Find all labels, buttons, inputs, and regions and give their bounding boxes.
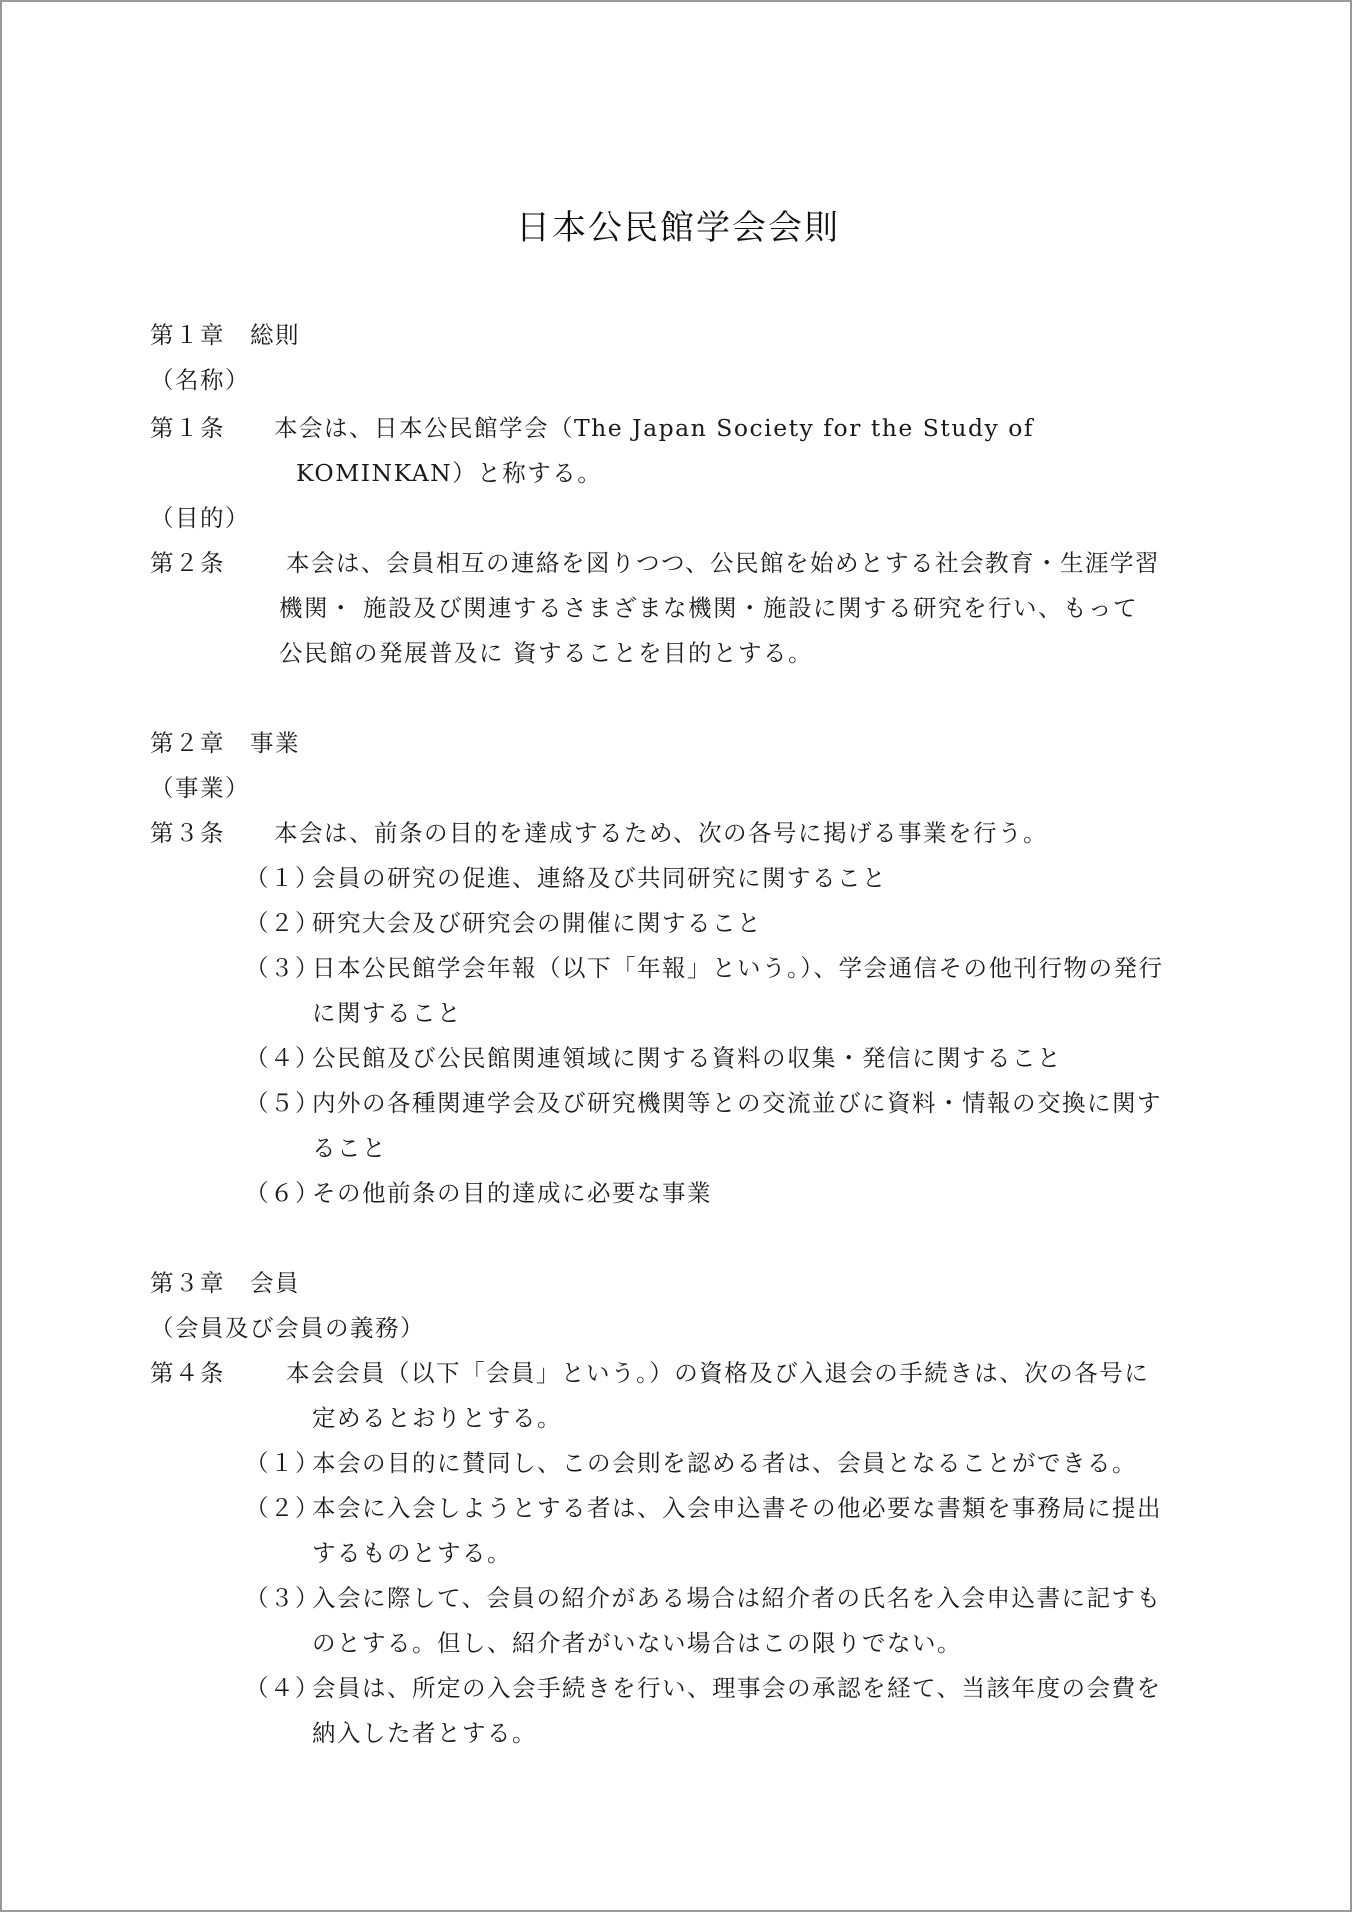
list-item-text-continuation: に関すること [312, 998, 462, 1028]
list-item-text: 日本公民館学会年報（以下「年報」という。）、学会通信その他刊行物の発行 [312, 953, 1164, 983]
list-item-text-continuation: のとする。但し、紹介者がいない場合はこの限りでない。 [312, 1628, 962, 1658]
chapter-heading: 第２章 事業 [150, 728, 300, 758]
list-item-number: （４） [245, 1043, 320, 1073]
document-page: 日本公民館学会会則 第１章 総則 （名称） 第１条 本会は、日本公民館学会（Th… [0, 0, 1352, 1912]
list-item-number: （５） [245, 1088, 320, 1118]
list-item-text: 本会の目的に賛同し、この会則を認める者は、会員となることができる。 [312, 1448, 1137, 1478]
article-caption: （会員及び会員の義務） [150, 1313, 425, 1343]
article-caption: （事業） [150, 773, 250, 803]
chapter-heading: 第３章 会員 [150, 1268, 300, 1298]
list-item-text-continuation: 納入した者とする。 [312, 1718, 537, 1748]
article-text: 本会は、日本公民館学会（The Japan Society for the St… [274, 413, 1034, 443]
list-item-text-continuation: ること [312, 1133, 387, 1163]
article-label: 第３条 [150, 818, 225, 848]
list-item-text: 本会に入会しようとする者は、入会申込書その他必要な書類を事務局に提出 [312, 1493, 1162, 1523]
list-item-text: 公民館及び公民館関連領域に関する資料の収集・発信に関すること [312, 1043, 1062, 1073]
article-text-continuation: KOMINKAN）と称する。 [296, 458, 602, 488]
list-item-number: （３） [245, 1583, 320, 1613]
article-caption: （名称） [150, 365, 250, 395]
article-label: 第４条 [150, 1358, 225, 1388]
list-item-text: その他前条の目的達成に必要な事業 [312, 1178, 712, 1208]
article-caption: （目的） [150, 503, 250, 533]
article-text: 本会は、会員相互の連絡を図りつつ、公民館を始めとする社会教育・生涯学習 [286, 548, 1160, 578]
list-item-number: （２） [245, 1493, 320, 1523]
article-text-line: 本会は、日本公民館学会（The Japan Society for the St… [274, 414, 1034, 442]
article-text: 本会会員（以下「会員」という。）の資格及び入退会の手続きは、次の各号に [286, 1358, 1149, 1388]
list-item-number: （１） [245, 863, 320, 893]
list-item-number: （４） [245, 1673, 320, 1703]
list-item-text-continuation: するものとする。 [312, 1538, 512, 1568]
article-label: 第１条 [150, 413, 225, 443]
list-item-number: （６） [245, 1178, 320, 1208]
list-item-text: 研究大会及び研究会の開催に関すること [312, 908, 762, 938]
chapter-heading: 第１章 総則 [150, 320, 300, 350]
article-text-continuation: 公民館の発展普及に 資することを目的とする。 [279, 638, 813, 668]
article-text: 本会は、前条の目的を達成するため、次の各号に掲げる事業を行う。 [274, 818, 1048, 848]
document-title: 日本公民館学会会則 [2, 200, 1352, 249]
list-item-number: （３） [245, 953, 320, 983]
list-item-number: （１） [245, 1448, 320, 1478]
article-text-continuation: 機関・ 施設及び関連するさまざまな機関・施設に関する研究を行い、もって [279, 593, 1138, 623]
article-text-continuation: 定めるとおりとする。 [312, 1403, 562, 1433]
list-item-number: （２） [245, 908, 320, 938]
list-item-text: 内外の各種関連学会及び研究機関等との交流並びに資料・情報の交換に関す [312, 1088, 1162, 1118]
list-item-text: 会員は、所定の入会手続きを行い、理事会の承認を経て、当該年度の会費を [312, 1673, 1162, 1703]
list-item-text: 入会に際して、会員の紹介がある場合は紹介者の氏名を入会申込書に記すも [312, 1583, 1162, 1613]
article-label: 第２条 [150, 548, 225, 578]
list-item-text: 会員の研究の促進、連絡及び共同研究に関すること [312, 863, 887, 893]
